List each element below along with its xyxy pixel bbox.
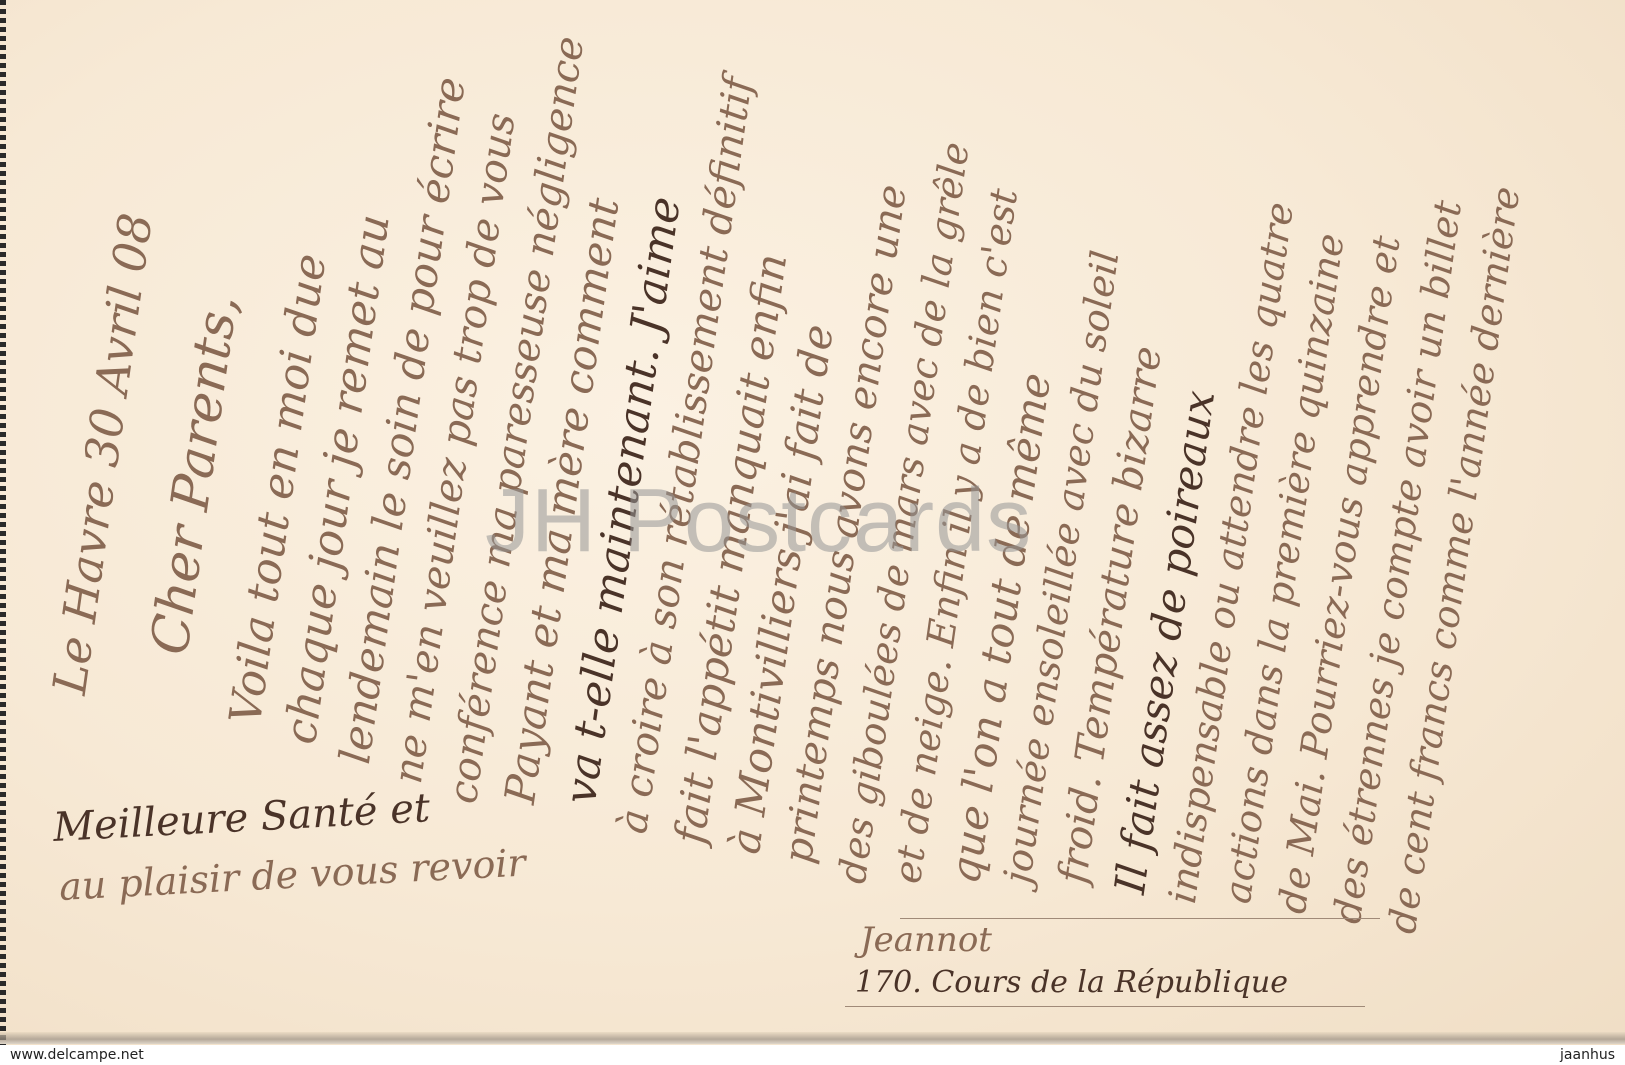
signature-rule-bottom [845, 1006, 1365, 1007]
closing-line-2: au plaisir de vous revoir [58, 841, 527, 909]
signature: Jeannot [860, 920, 992, 960]
card-bottom-edge [0, 1032, 1625, 1044]
footer-source-left: www.delcampe.net [10, 1047, 144, 1063]
closing-line-1: Meilleure Santé et [52, 785, 431, 851]
address: 170. Cours de la République [855, 965, 1288, 1000]
perforated-edge [0, 0, 6, 1045]
salutation: Cher Parents, [140, 291, 250, 658]
watermark: JH Postcards [485, 470, 1032, 573]
postcard-image: Le Havre 30 Avril 08 Cher Parents, Voila… [0, 0, 1625, 1045]
footer-source-right: jaanhus [1560, 1047, 1615, 1063]
signature-rule-top [900, 918, 1380, 919]
